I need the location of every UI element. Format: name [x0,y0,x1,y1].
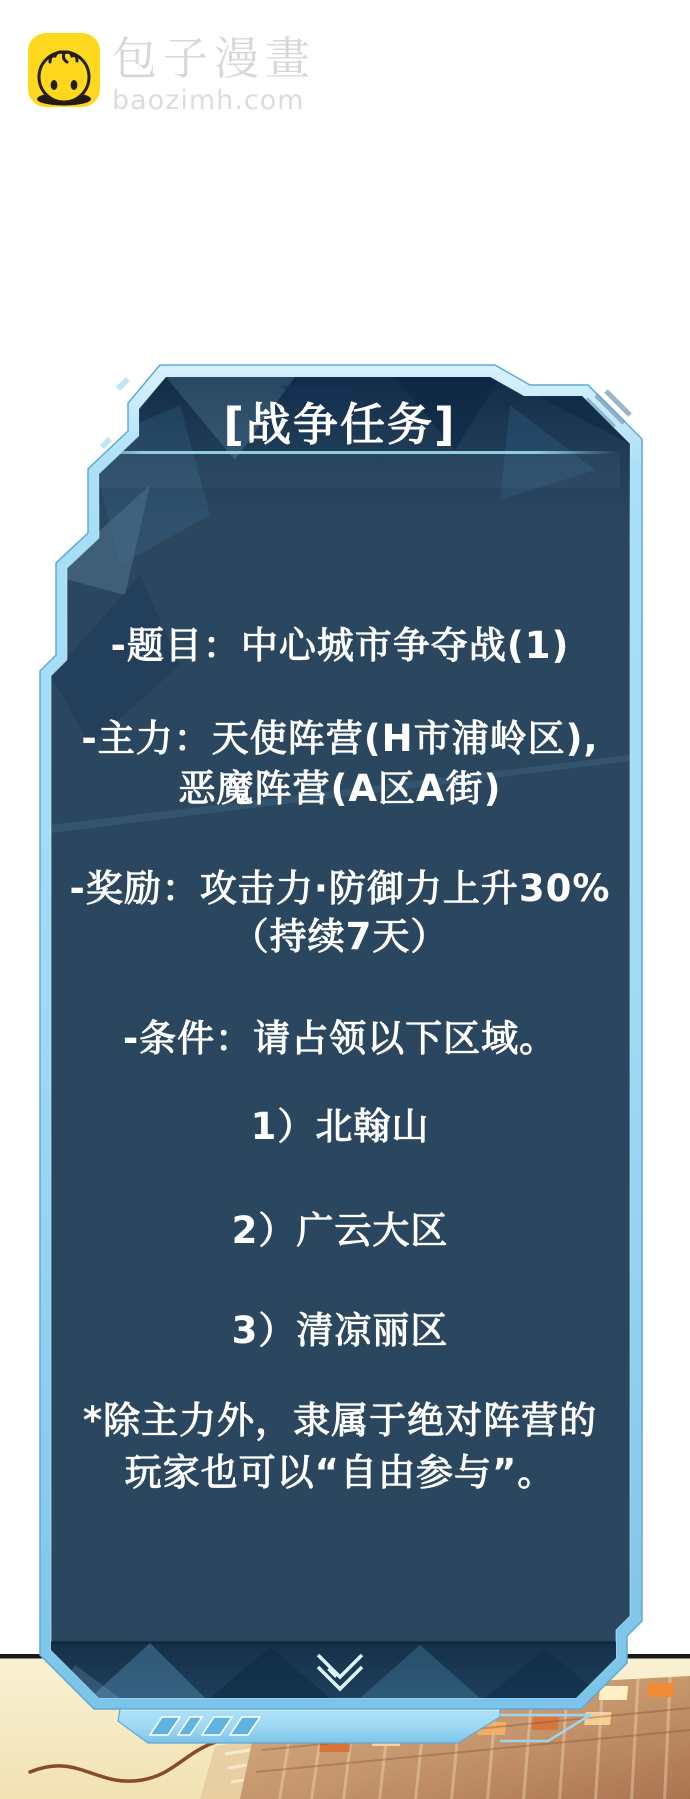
quest-line-condition: -条件：请占领以下区域。 [30,1008,650,1062]
quest-line-mainforce2: 恶魔阵营(A区A街) [30,758,650,812]
quest-line-area-2: 2）广云大区 [30,1200,650,1254]
brand-domain: baozimh.com [112,87,316,114]
quest-line-note: *除主力外，隶属于绝对阵营的 [30,1390,650,1444]
quest-line-area-3: 3）清凉丽区 [30,1300,650,1354]
bun-mascot-icon [28,33,100,107]
quest-line-note2: 玩家也可以“自由参与”。 [30,1442,650,1496]
comic-page: 包子漫畫 baozimh.com [0,0,690,1799]
brand-name: 包子漫畫 [112,36,316,81]
quest-line-reward: -奖励：攻击力·防御力上升30% [30,858,650,912]
brand-logo: 包子漫畫 baozimh.com [28,33,316,114]
quest-panel: [战争任务] -题目：中心城市争夺战(1) -主力：天使阵营(H市浦岭区), 恶… [30,325,650,1750]
quest-title: [战争任务] [30,388,650,453]
quest-line-reward2: （持续7天） [30,906,650,960]
quest-line-topic: -题目：中心城市争夺战(1) [30,615,650,669]
quest-line-mainforce: -主力：天使阵营(H市浦岭区), [30,708,650,762]
quest-line-area-1: 1）北翰山 [30,1096,650,1150]
quest-panel-text: [战争任务] -题目：中心城市争夺战(1) -主力：天使阵营(H市浦岭区), 恶… [30,325,650,1750]
